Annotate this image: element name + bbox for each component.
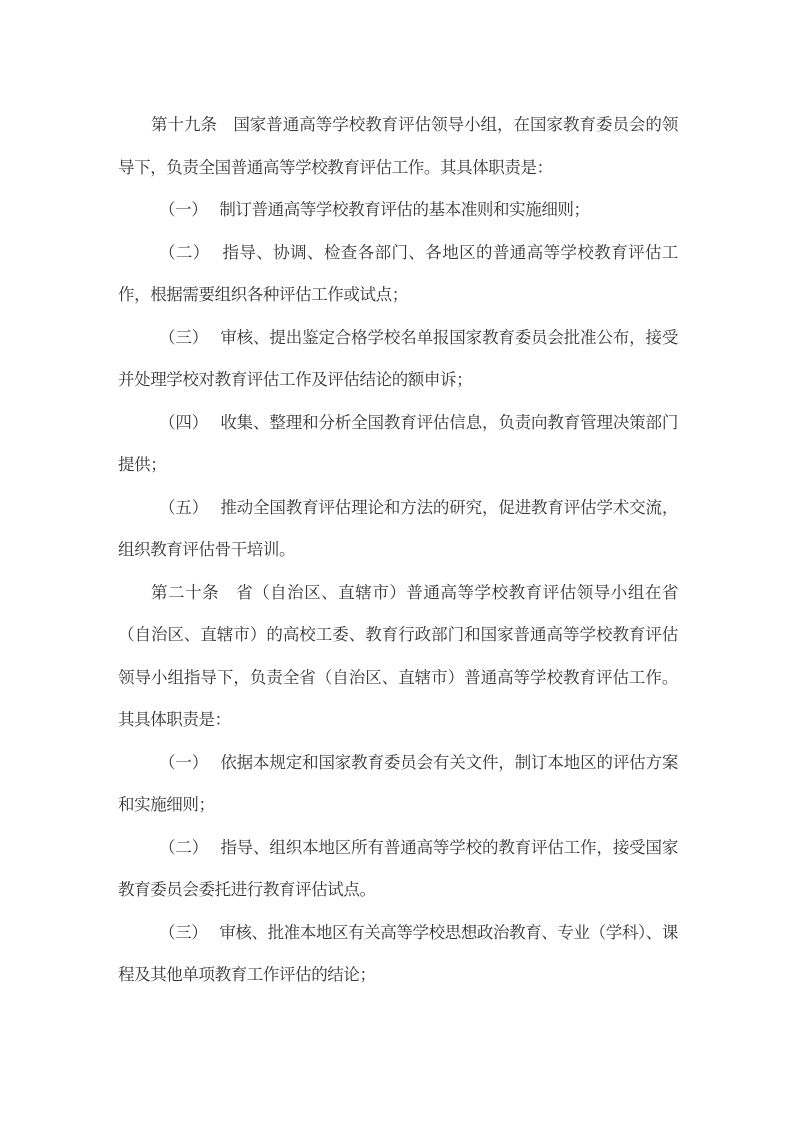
article-number: 第二十条 — [151, 583, 219, 602]
article-20-item-3: （三）审核、批准本地区有关高等学校思想政治教育、专业（学科）、课程及其他单项教育… — [118, 912, 678, 997]
article-19-item-3: （三）审核、提出鉴定合格学校名单报国家教育委员会批准公布，接受并处理学校对教育评… — [118, 317, 678, 402]
article-19-item-2: （二）指导、协调、检查各部门、各地区的普通高等学校教育评估工作，根据需要组织各种… — [118, 232, 678, 317]
item-label: （一） — [159, 200, 207, 219]
item-text: 制订普通高等学校教育评估的基本准则和实施细则； — [219, 200, 589, 219]
article-number: 第十九条 — [151, 115, 217, 134]
document-page: 第十九条国家普通高等学校教育评估领导小组，在国家教育委员会的领导下，负责全国普通… — [118, 104, 678, 997]
article-20-item-1: （一）依据本规定和国家教育委员会有关文件，制订本地区的评估方案和实施细则； — [118, 742, 678, 827]
item-label: （五） — [159, 498, 208, 517]
item-label: （三） — [159, 328, 208, 347]
article-20-item-2: （二）指导、组织本地区所有普通高等学校的教育评估工作，接受国家教育委员会委托进行… — [118, 827, 678, 912]
item-label: （二） — [159, 243, 210, 262]
item-label: （三） — [159, 923, 207, 942]
article-19: 第十九条国家普通高等学校教育评估领导小组，在国家教育委员会的领导下，负责全国普通… — [118, 104, 678, 189]
article-20: 第二十条省（自治区、直辖市）普通高等学校教育评估领导小组在省（自治区、直辖市）的… — [118, 572, 678, 742]
item-label: （一） — [159, 753, 208, 772]
article-19-item-1: （一）制订普通高等学校教育评估的基本准则和实施细则； — [118, 189, 678, 232]
item-label: （二） — [159, 838, 208, 857]
item-label: （四） — [159, 413, 208, 432]
article-19-item-4: （四）收集、整理和分析全国教育评估信息，负责向教育管理决策部门提供； — [118, 402, 678, 487]
article-19-item-5: （五）推动全国教育评估理论和方法的研究，促进教育评估学术交流，组织教育评估骨干培… — [118, 487, 678, 572]
article-lead: 省（自治区、直辖市）普通高等学校教育评估领导小组在省（自治区、直辖市）的高校工委… — [118, 583, 678, 730]
